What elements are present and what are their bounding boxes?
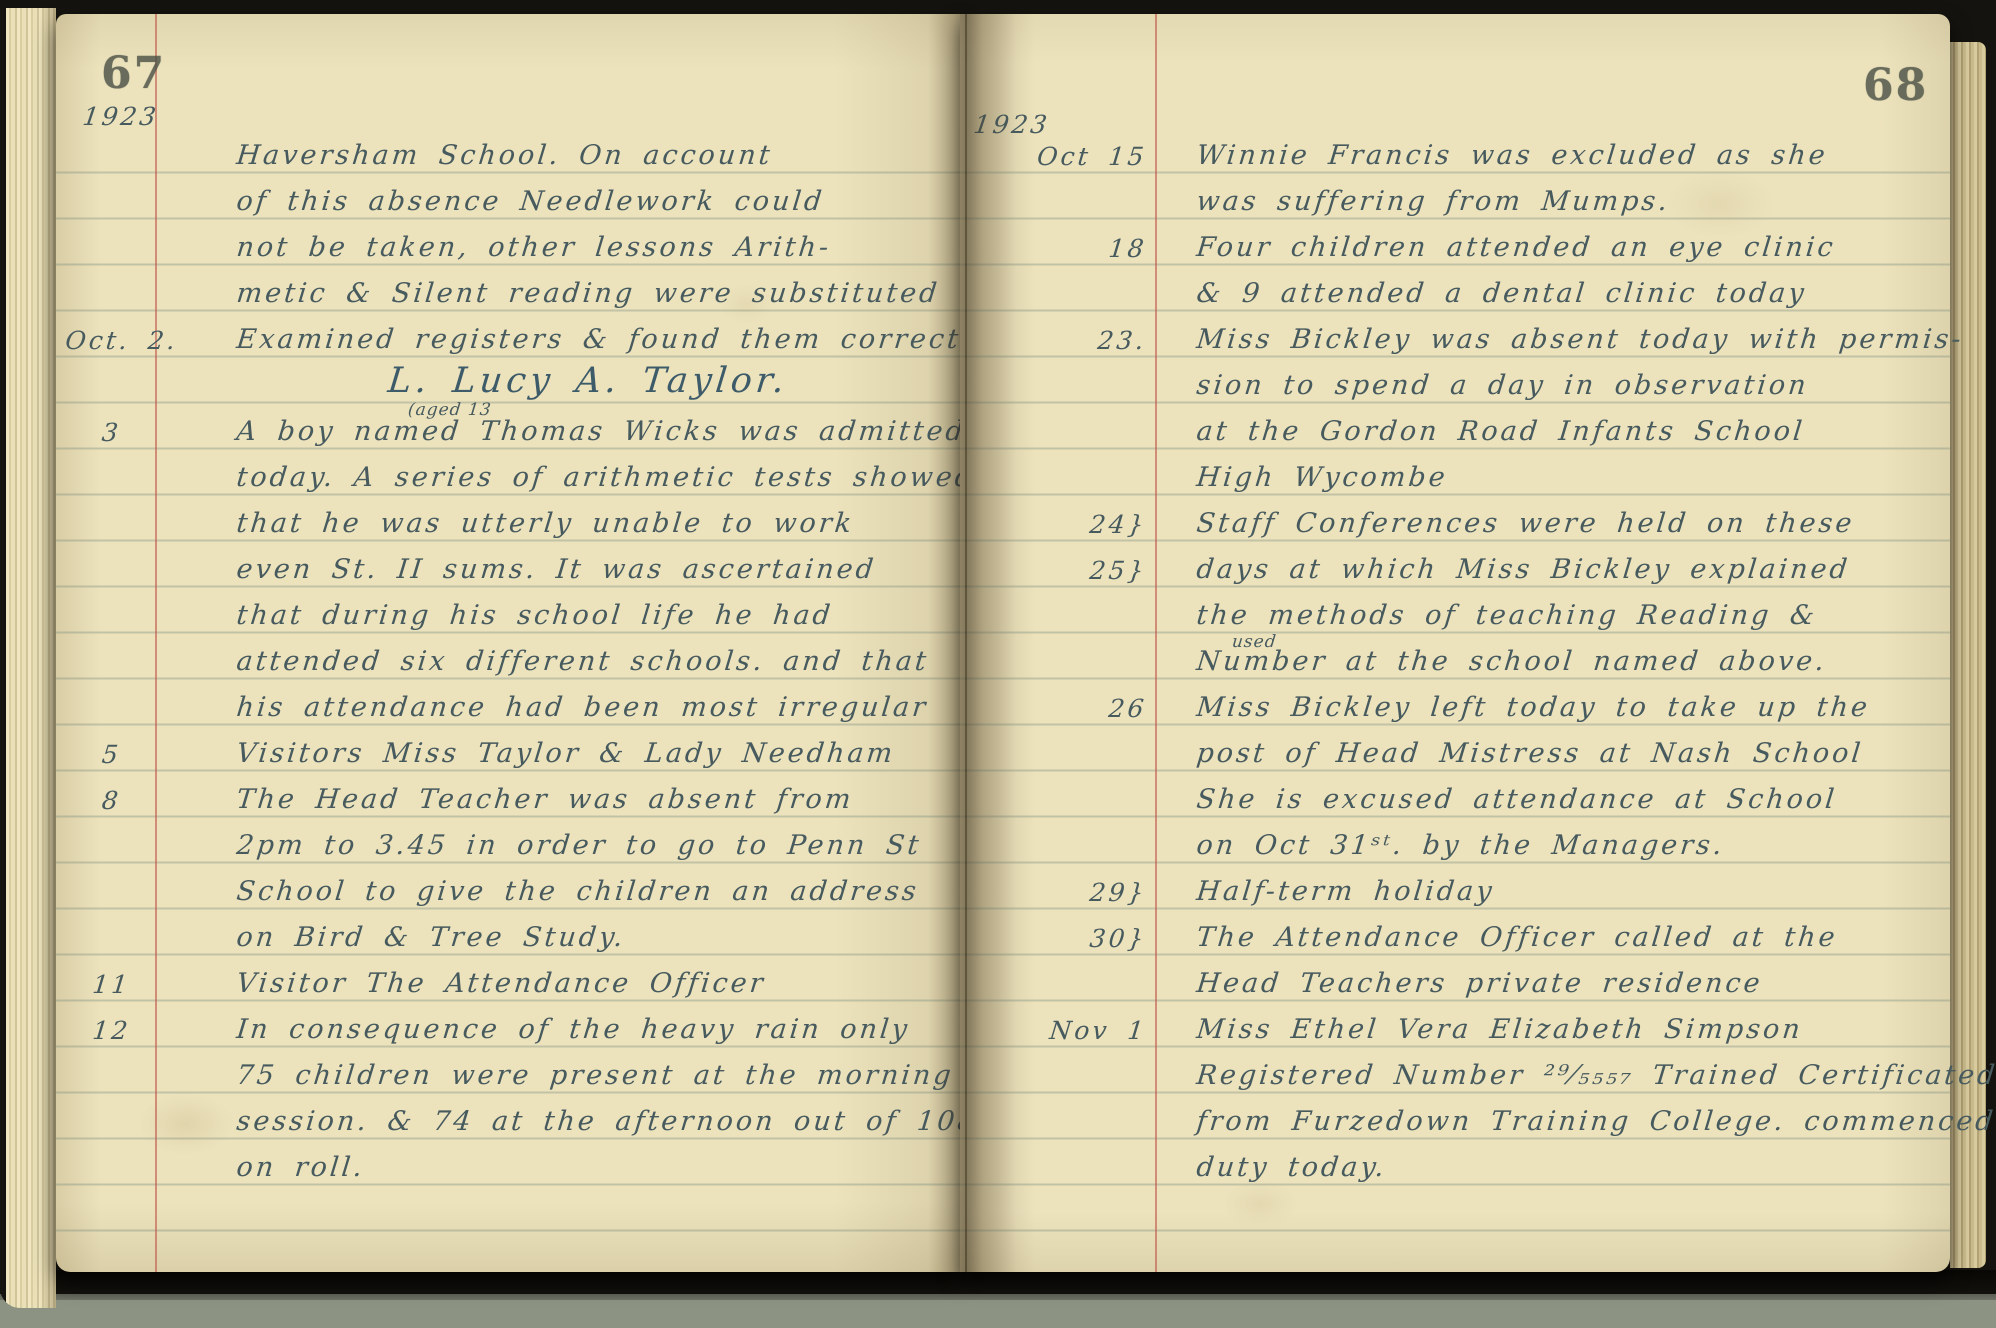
logbook-entry-line: School to give the children an address (56, 862, 960, 908)
entry-text: In consequence of the heavy rain only (235, 1014, 912, 1045)
logbook-entry-line: 24}Staff Conferences were held on these (960, 494, 1950, 540)
entry-text: from Furzedown Training College. commenc… (1195, 1106, 1996, 1137)
entry-text: 2pm to 3.45 in order to go to Penn St (235, 830, 923, 861)
entry-text: even St. II sums. It was ascertained (235, 554, 878, 585)
entry-text: that during his school life he had (235, 600, 835, 631)
logbook-entry-line: 11Visitor The Attendance Officer (56, 954, 960, 1000)
entry-text: days at which Miss Bickley explained (1195, 554, 1852, 585)
logbook-entry-line: 12In consequence of the heavy rain only (56, 1000, 960, 1046)
entry-text: Winnie Francis was excluded as she (1195, 140, 1829, 171)
entry-text: She is excused attendance at School (1195, 784, 1839, 815)
logbook-entry-line: Number at the school named above. (960, 632, 1950, 678)
logbook-entry-line: 18Four children attended an eye clinic (960, 218, 1950, 264)
logbook-entry-line: Oct 15Winnie Francis was excluded as she (960, 126, 1950, 172)
entry-text: was suffering from Mumps. (1195, 186, 1672, 217)
entry-text: Miss Bickley was absent today with permi… (1195, 324, 1965, 355)
entry-text: of this absence Needlework could (235, 186, 826, 217)
entry-text: & 9 attended a dental clinic today (1195, 278, 1808, 309)
logbook-entry-line: 75 children were present at the morning (56, 1046, 960, 1092)
entry-text: 75 children were present at the morning (235, 1060, 955, 1091)
entry-text: L. Lucy A. Taylor. (386, 361, 790, 401)
page-number-stamp: 68 (1863, 60, 1928, 111)
entries-right: Oct 15Winnie Francis was excluded as she… (960, 126, 1950, 1184)
logbook-entry-line: 26Miss Bickley left today to take up the (960, 678, 1950, 724)
entry-text: Visitor The Attendance Officer (235, 968, 767, 999)
entry-text: session. & 74 at the afternoon out of 10… (235, 1106, 979, 1137)
entry-date: Nov 1 (1035, 1016, 1148, 1045)
entry-text: High Wycombe (1195, 462, 1449, 493)
logbook-entry-line: his attendance had been most irregular (56, 678, 960, 724)
logbook-entry-line: was suffering from Mumps. (960, 172, 1950, 218)
entry-date: 29} (1035, 878, 1148, 907)
entry-date: 12 (64, 1016, 159, 1045)
entry-date: Oct. 2. (64, 326, 159, 355)
entry-date: 3 (64, 418, 159, 447)
logbook-entry-line: Nov 1Miss Ethel Vera Elizabeth Simpson (960, 1000, 1950, 1046)
entry-text: Staff Conferences were held on these (1195, 508, 1856, 539)
entry-date: 30} (1035, 924, 1148, 953)
entry-text: Number at the school named above. (1195, 646, 1828, 677)
entry-text: Examined registers & found them correct. (235, 324, 974, 355)
logbook-entry-line: 8The Head Teacher was absent from (56, 770, 960, 816)
entry-date: 24} (1035, 510, 1148, 539)
logbook-entry-line: 2pm to 3.45 in order to go to Penn St (56, 816, 960, 862)
entry-text: Miss Bickley left today to take up the (1195, 692, 1872, 723)
entry-text: at the Gordon Road Infants School (1195, 416, 1806, 447)
logbook-entry-line: sion to spend a day in observation (960, 356, 1950, 402)
logbook-entry-line: attended six different schools. and that (56, 632, 960, 678)
entry-text: attended six different schools. and that (235, 646, 931, 677)
entry-text: the methods of teaching Reading & (1195, 600, 1819, 631)
logbook-entry-line: that he was utterly unable to work (56, 494, 960, 540)
entry-text: that he was utterly unable to work (235, 508, 856, 539)
logbook-entry-line: session. & 74 at the afternoon out of 10… (56, 1092, 960, 1138)
entry-date: 25} (1035, 556, 1148, 585)
logbook-entry-line: L. Lucy A. Taylor. (56, 356, 960, 402)
entry-text: Registered Number ²⁹⁄₅₅₅₇ Trained Certif… (1195, 1060, 1996, 1091)
logbook-entry-line: of this absence Needlework could (56, 172, 960, 218)
entry-text: on Oct 31ˢᵗ. by the Managers. (1195, 830, 1726, 861)
logbook-entry-line: 25}days at which Miss Bickley explained (960, 540, 1950, 586)
logbook-entry-line: 23.Miss Bickley was absent today with pe… (960, 310, 1950, 356)
logbook-entry-line: metic & Silent reading were substituted (56, 264, 960, 310)
logbook-entry-line: Oct. 2.Examined registers & found them c… (56, 310, 960, 356)
entry-date: 11 (64, 970, 159, 999)
entry-text: A boy named Thomas Wicks was admitted (235, 416, 968, 447)
logbook-entry-line: duty today. (960, 1138, 1950, 1184)
entry-text: today. A series of arithmetic tests show… (235, 462, 977, 493)
entry-text: duty today. (1195, 1152, 1388, 1183)
page-number-stamp: 67 (101, 48, 166, 99)
entry-text: not be taken, other lessons Arith- (235, 232, 833, 263)
logbook-entry-line: on Bird & Tree Study. (56, 908, 960, 954)
logbook-entry-line: 5Visitors Miss Taylor & Lady Needham (56, 724, 960, 770)
logbook-entry-line: not be taken, other lessons Arith- (56, 218, 960, 264)
entry-date: 8 (64, 786, 159, 815)
entry-text: The Head Teacher was absent from (235, 784, 855, 815)
logbook-entry-line: 30}The Attendance Officer called at the (960, 908, 1950, 954)
entry-text: on Bird & Tree Study. (235, 922, 627, 953)
entry-text: Haversham School. On account (235, 140, 774, 171)
logbook-entry-line: the methods of teaching Reading & (960, 586, 1950, 632)
entry-date: 26 (1035, 694, 1148, 723)
book-shadow (0, 1270, 1996, 1300)
logbook-entry-line: from Furzedown Training College. commenc… (960, 1092, 1950, 1138)
entry-text: sion to spend a day in observation (1195, 370, 1810, 401)
logbook-entry-line: & 9 attended a dental clinic today (960, 264, 1950, 310)
logbook-entry-line: 29}Half-term holiday (960, 862, 1950, 908)
entry-date: 5 (64, 740, 159, 769)
entry-text: Half-term holiday (1195, 876, 1496, 907)
entry-text: School to give the children an address (235, 876, 920, 907)
entry-text: on roll. (235, 1152, 367, 1183)
entries-left: Haversham School. On accountof this abse… (56, 126, 960, 1184)
entry-text: Miss Ethel Vera Elizabeth Simpson (1195, 1014, 1804, 1045)
left-page-edge-stack (0, 8, 56, 1308)
logbook-entry-line: today. A series of arithmetic tests show… (56, 448, 960, 494)
entry-text: Visitors Miss Taylor & Lady Needham (235, 738, 897, 769)
entry-text: Four children attended an eye clinic (1195, 232, 1837, 263)
logbook-page-67: 67 1923 (aged 13 Haversham School. On ac… (56, 14, 960, 1272)
entry-text: The Attendance Officer called at the (1195, 922, 1839, 953)
logbook-page-68: 68 1923 used Oct 15Winnie Francis was ex… (960, 14, 1950, 1272)
logbook-entry-line: High Wycombe (960, 448, 1950, 494)
logbook-entry-line: She is excused attendance at School (960, 770, 1950, 816)
entry-text: his attendance had been most irregular (235, 692, 930, 723)
logbook-entry-line: Registered Number ²⁹⁄₅₅₅₇ Trained Certif… (960, 1046, 1950, 1092)
logbook-entry-line: at the Gordon Road Infants School (960, 402, 1950, 448)
logbook-entry-line: 3A boy named Thomas Wicks was admitted (56, 402, 960, 448)
entry-text: post of Head Mistress at Nash School (1195, 738, 1865, 769)
logbook-entry-line: Head Teachers private residence (960, 954, 1950, 1000)
entry-text: metic & Silent reading were substituted (235, 278, 941, 309)
logbook-entry-line: on Oct 31ˢᵗ. by the Managers. (960, 816, 1950, 862)
entry-date: Oct 15 (1035, 142, 1148, 171)
entry-date: 18 (1035, 234, 1148, 263)
logbook-entry-line: post of Head Mistress at Nash School (960, 724, 1950, 770)
logbook-entry-line: that during his school life he had (56, 586, 960, 632)
logbook-entry-line: on roll. (56, 1138, 960, 1184)
logbook-entry-line: Haversham School. On account (56, 126, 960, 172)
entry-date: 23. (1035, 326, 1148, 355)
entry-text: Head Teachers private residence (1195, 968, 1764, 999)
logbook-entry-line: even St. II sums. It was ascertained (56, 540, 960, 586)
